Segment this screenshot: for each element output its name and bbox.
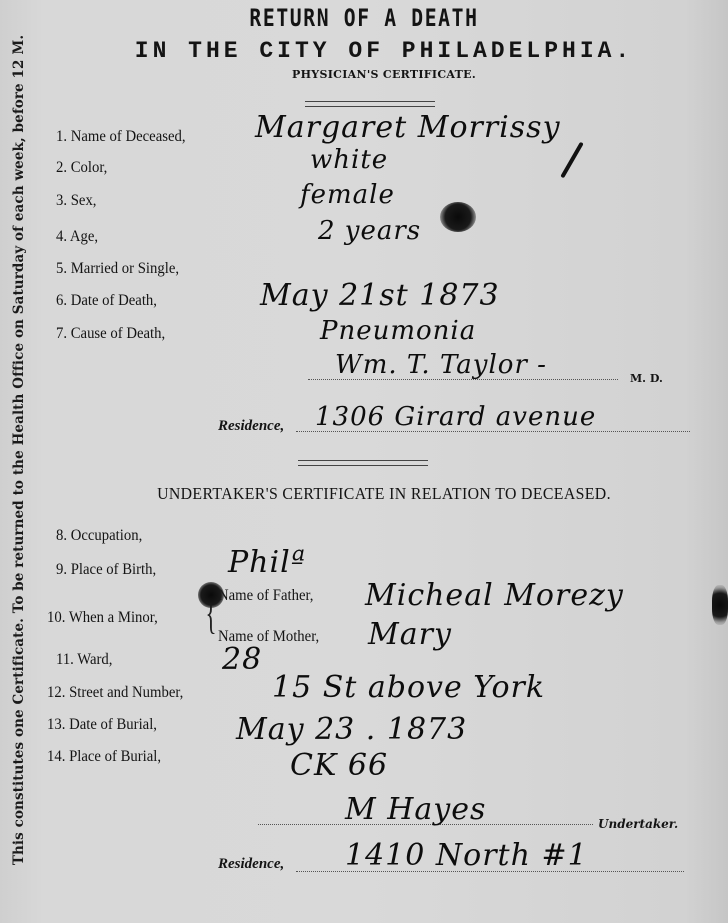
- label-place-of-burial: 14. Place of Burial,: [47, 748, 161, 766]
- ink-blot: [198, 582, 224, 608]
- label-cause-of-death: 7. Cause of Death,: [56, 325, 165, 343]
- edge-ink-mark: [712, 585, 728, 625]
- undertaker-section-title: UNDERTAKER'S CERTIFICATE IN RELATION TO …: [64, 484, 704, 504]
- value-name-of-deceased: Margaret Morrissy: [255, 110, 561, 145]
- md-label: M. D.: [630, 372, 663, 385]
- value-sex: female: [300, 180, 395, 210]
- label-date-of-burial: 13. Date of Burial,: [47, 716, 157, 734]
- label-street-and-number: 12. Street and Number,: [47, 684, 183, 702]
- death-certificate-page: This constitutes one Certificate. To be …: [0, 0, 728, 923]
- label-color: 2. Color,: [56, 159, 107, 177]
- certificate-subtitle: IN THE CITY OF PHILADELPHIA.: [40, 38, 728, 64]
- value-place-of-burial: CK 66: [290, 748, 388, 783]
- physician-signature: Wm. T. Taylor -: [335, 350, 547, 380]
- value-place-of-birth: Philª: [228, 545, 306, 580]
- undertaker-label: Undertaker.: [598, 817, 678, 831]
- label-name-of-father: Name of Father,: [218, 587, 313, 605]
- ink-blot: [440, 202, 476, 232]
- side-note-text: This constitutes one Certificate. To be …: [11, 35, 27, 865]
- divider: [305, 101, 435, 107]
- label-occupation: 8. Occupation,: [56, 527, 142, 545]
- physician-section-title: PHYSICIAN'S CERTIFICATE.: [40, 68, 728, 81]
- undertaker-residence-label: Residence,: [218, 856, 284, 873]
- value-name-of-father: Micheal Morezy: [365, 578, 624, 613]
- value-date-of-burial: May 23 . 1873: [236, 712, 467, 747]
- physician-residence: 1306 Girard avenue: [315, 402, 596, 432]
- label-place-of-birth: 9. Place of Birth,: [56, 561, 156, 579]
- side-note: This constitutes one Certificate. To be …: [6, 60, 32, 840]
- divider: [298, 460, 428, 466]
- label-married-or-single: 5. Married or Single,: [56, 260, 179, 278]
- value-age: 2 years: [318, 216, 421, 246]
- value-color: white: [310, 145, 388, 175]
- label-age: 4. Age,: [56, 228, 98, 246]
- label-date-of-death: 6. Date of Death,: [56, 292, 157, 310]
- physician-residence-label: Residence,: [218, 418, 284, 435]
- value-ward: 28: [222, 642, 262, 677]
- undertaker-residence: 1410 North #1: [345, 838, 588, 873]
- pen-flourish: [560, 142, 583, 179]
- value-date-of-death: May 21st 1873: [260, 278, 500, 313]
- label-sex: 3. Sex,: [56, 192, 96, 210]
- value-name-of-mother: Mary: [368, 617, 452, 652]
- label-name-of-deceased: 1. Name of Deceased,: [56, 128, 186, 146]
- value-street-and-number: 15 St above York: [272, 670, 545, 705]
- undertaker-signature: M Hayes: [345, 792, 486, 827]
- label-when-a-minor: 10. When a Minor,: [47, 609, 158, 627]
- label-ward: 11. Ward,: [56, 651, 112, 669]
- value-cause-of-death: Pneumonia: [320, 316, 476, 346]
- certificate-title: RETURN OF A DEATH: [66, 4, 663, 32]
